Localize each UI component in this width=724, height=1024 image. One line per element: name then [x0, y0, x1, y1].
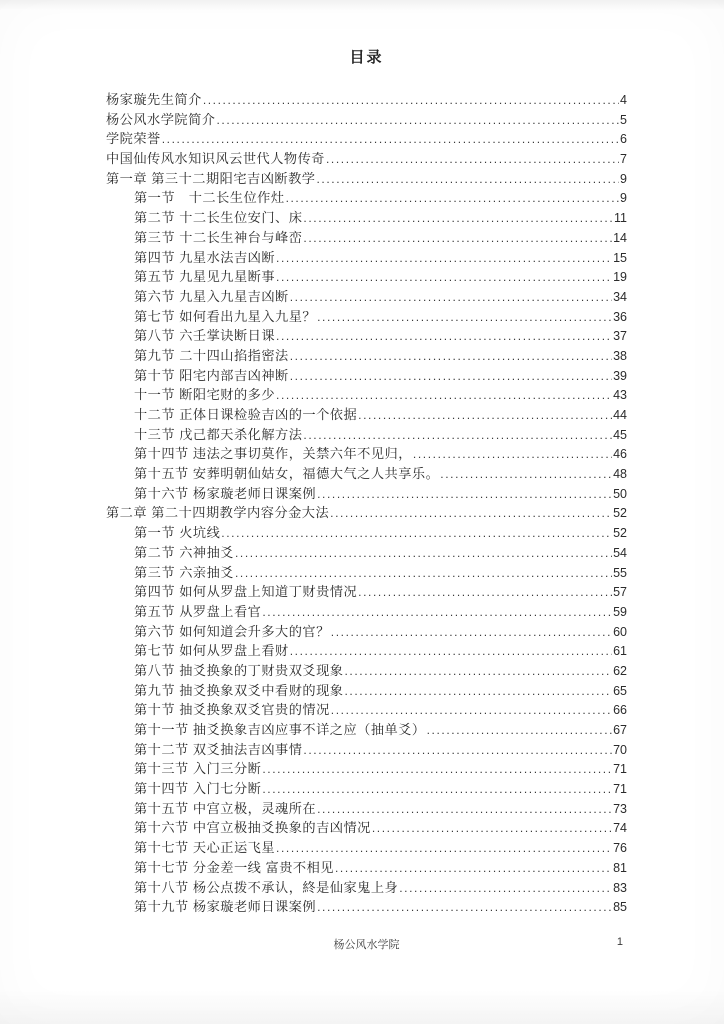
- toc-entry-page: 44: [613, 406, 627, 426]
- toc-entry: 学院荣誉6: [106, 129, 627, 149]
- toc-entry-page: 74: [613, 819, 627, 839]
- toc-entry-label: 第十四节 违法之事切莫作，关禁六年不见归，: [134, 444, 412, 464]
- toc-entry-page: 59: [613, 603, 627, 623]
- toc-entry: 第十五节 安葬明朝仙姑女，福德大气之人共享乐。48: [106, 464, 627, 484]
- toc-entry-page: 83: [613, 879, 627, 899]
- toc-entry: 第十六节 中宫立极抽爻换象的吉凶情况74: [106, 818, 627, 838]
- toc-entry-page: 67: [613, 721, 627, 741]
- toc-entry-label: 中国仙传风水知识风云世代人物传奇: [106, 149, 325, 169]
- dot-leader: [326, 149, 619, 170]
- dot-leader: [372, 818, 612, 839]
- toc-entry-page: 7: [620, 150, 627, 170]
- dot-leader: [290, 346, 612, 367]
- toc-entry-label: 学院荣誉: [106, 129, 161, 149]
- dot-leader: [235, 543, 612, 564]
- dot-leader: [317, 307, 612, 328]
- toc-entry-page: 45: [613, 426, 627, 446]
- toc-entry: 第八节 抽爻换象的丁财贵双爻现象62: [106, 661, 627, 681]
- toc-entry-page: 66: [613, 701, 627, 721]
- toc-entry: 第十六节 杨家璇老师日课案例50: [106, 484, 627, 504]
- toc-entry: 第九节 抽爻换象双爻中看财的现象65: [106, 681, 627, 701]
- toc-entry: 第六节 如何知道会升多大的官？60: [106, 622, 627, 642]
- toc-entry: 第十一节 抽爻换象吉凶应事不详之应（抽单爻）67: [106, 720, 627, 740]
- toc-entry-page: 85: [613, 898, 627, 918]
- dot-leader: [358, 405, 612, 426]
- dot-leader: [344, 681, 612, 702]
- dot-leader: [316, 169, 619, 190]
- toc-entry-page: 15: [613, 249, 627, 269]
- toc-entry: 第十八节 杨公点拨不承认，終是仙家鬼上身83: [106, 878, 627, 898]
- toc-entry-page: 36: [613, 308, 627, 328]
- dot-leader: [262, 602, 612, 623]
- dot-leader: [276, 385, 612, 406]
- toc-entry: 第五节 九星见九星断事19: [106, 267, 627, 287]
- toc-entry: 第二章 第二十四期教学内容分金大法52: [106, 503, 627, 523]
- toc-entry-label: 第四节 如何从罗盘上知道丁财贵情况: [134, 582, 357, 602]
- dot-leader: [276, 248, 612, 269]
- toc-entry-page: 14: [613, 229, 627, 249]
- dot-leader: [331, 622, 612, 643]
- toc-entry-label: 第一节 十二长生位作灶: [134, 188, 285, 208]
- toc-entry-label: 第二章 第二十四期教学内容分金大法: [106, 503, 329, 523]
- toc-entry: 第十九节 杨家璇老师日课案例85: [106, 897, 627, 917]
- dot-leader: [317, 799, 612, 820]
- toc-entry-page: 39: [613, 367, 627, 387]
- toc-entry-page: 48: [613, 465, 627, 485]
- toc-entry: 十二节 正体日课检验吉凶的一个依据44: [106, 405, 627, 425]
- toc-entry-label: 第十四节 入门七分断: [134, 779, 261, 799]
- dot-leader: [413, 444, 612, 465]
- toc-entry-label: 第五节 从罗盘上看官: [134, 602, 261, 622]
- toc-entry: 第三节 六亲抽爻55: [106, 563, 627, 583]
- dot-leader: [262, 779, 612, 800]
- dot-leader: [303, 740, 612, 761]
- toc-entry-page: 5: [620, 111, 627, 131]
- toc-entry: 第二节 六神抽爻54: [106, 543, 627, 563]
- toc-entry-page: 46: [613, 445, 627, 465]
- toc-entry-label: 第二节 六神抽爻: [134, 543, 234, 563]
- toc-entry: 十一节 断阳宅财的多少43: [106, 385, 627, 405]
- toc-entry-label: 十三节 戊己都天杀化解方法: [134, 425, 302, 445]
- toc-entry-page: 55: [613, 564, 627, 584]
- toc-entry: 第二节 十二长生位安门、床11: [106, 208, 627, 228]
- dot-leader: [290, 287, 612, 308]
- toc-entry-label: 第十八节 杨公点拨不承认，終是仙家鬼上身: [134, 878, 398, 898]
- toc-entry-label: 第十五节 中宫立极，灵魂所在: [134, 799, 316, 819]
- toc-entry-label: 第十节 抽爻换象双爻官贵的情况: [134, 700, 330, 720]
- dot-leader: [217, 110, 620, 131]
- toc-entry: 杨家璇先生简介4: [106, 90, 627, 110]
- toc-entry-label: 第八节 抽爻换象的丁财贵双爻现象: [134, 661, 343, 681]
- toc-entry-label: 第六节 九星入九星吉凶断: [134, 287, 289, 307]
- dot-leader: [303, 425, 612, 446]
- toc-entry-page: 43: [613, 386, 627, 406]
- dot-leader: [235, 563, 612, 584]
- dot-leader: [317, 484, 612, 505]
- footer-page-number: 1: [617, 936, 623, 948]
- toc-entry-label: 第三节 十二长生神台与峰峦: [134, 228, 302, 248]
- toc-entry-label: 第九节 二十四山掐指密法: [134, 346, 289, 366]
- toc-entry-label: 第一节 火坑线: [134, 523, 220, 543]
- dot-leader: [276, 326, 612, 347]
- toc-entry: 第六节 九星入九星吉凶断34: [106, 287, 627, 307]
- toc-entry-page: 11: [614, 209, 627, 229]
- toc-entry-page: 50: [613, 485, 627, 505]
- dot-leader: [276, 267, 612, 288]
- toc-entry: 十三节 戊己都天杀化解方法45: [106, 425, 627, 445]
- toc-entry-page: 57: [613, 583, 627, 603]
- dot-leader: [335, 858, 612, 879]
- toc-entry-label: 第九节 抽爻换象双爻中看财的现象: [134, 681, 343, 701]
- toc-entry-page: 38: [613, 347, 627, 367]
- toc-entry-page: 4: [620, 91, 627, 111]
- toc-entry-page: 52: [613, 524, 627, 544]
- toc-entry-label: 第十三节 入门三分断: [134, 759, 261, 779]
- toc-entry-page: 37: [613, 327, 627, 347]
- toc-entry-label: 第七节 如何看出九星入九星？: [134, 307, 316, 327]
- toc-entry: 第四节 九星水法吉凶断15: [106, 248, 627, 268]
- toc-entry: 第一节 火坑线52: [106, 523, 627, 543]
- toc-entry: 第七节 如何看出九星入九星？36: [106, 307, 627, 327]
- toc-entry-label: 第十二节 双爻抽法吉凶事情: [134, 740, 302, 760]
- toc-entry-label: 第十九节 杨家璇老师日课案例: [134, 897, 316, 917]
- toc-entry: 第一章 第三十二期阳宅吉凶断教学9: [106, 169, 627, 189]
- toc-entry-page: 81: [613, 859, 627, 879]
- toc-entry-label: 第三节 六亲抽爻: [134, 563, 234, 583]
- dot-leader: [358, 582, 612, 603]
- dot-leader: [276, 838, 612, 859]
- dot-leader: [221, 523, 612, 544]
- toc-entry: 第八节 六壬掌诀断日课37: [106, 326, 627, 346]
- toc-entry-label: 第五节 九星见九星断事: [134, 267, 275, 287]
- toc-entry-label: 十二节 正体日课检验吉凶的一个依据: [134, 405, 357, 425]
- toc-entry: 中国仙传风水知识风云世代人物传奇7: [106, 149, 627, 169]
- toc-entry: 第四节 如何从罗盘上知道丁财贵情况57: [106, 582, 627, 602]
- toc-entry-page: 9: [620, 170, 627, 190]
- toc-entry-page: 70: [613, 741, 627, 761]
- toc-entry-label: 第二节 十二长生位安门、床: [134, 208, 302, 228]
- dot-leader: [286, 188, 619, 209]
- toc-entry: 第三节 十二长生神台与峰峦14: [106, 228, 627, 248]
- toc-entry: 第十节 抽爻换象双爻官贵的情况66: [106, 700, 627, 720]
- dot-leader: [440, 464, 612, 485]
- dot-leader: [330, 503, 612, 524]
- toc-entry: 第十二节 双爻抽法吉凶事情70: [106, 740, 627, 760]
- toc-entry-label: 杨家璇先生简介: [106, 90, 202, 110]
- dot-leader: [427, 720, 612, 741]
- dot-leader: [290, 366, 612, 387]
- toc-entry: 第十五节 中宫立极，灵魂所在73: [106, 799, 627, 819]
- toc-entry-page: 62: [613, 662, 627, 682]
- toc-entry-label: 第十一节 抽爻换象吉凶应事不详之应（抽单爻）: [134, 720, 426, 740]
- toc-entry-page: 76: [613, 839, 627, 859]
- toc-entry: 第七节 如何从罗盘上看财61: [106, 641, 627, 661]
- toc-entry: 杨公风水学院简介5: [106, 110, 627, 130]
- dot-leader: [290, 641, 612, 662]
- toc-entry: 第五节 从罗盘上看官59: [106, 602, 627, 622]
- toc-entry: 第一节 十二长生位作灶9: [106, 188, 627, 208]
- toc-entry-label: 第四节 九星水法吉凶断: [134, 248, 275, 268]
- toc-entry-label: 十一节 断阳宅财的多少: [134, 385, 275, 405]
- dot-leader: [262, 759, 612, 780]
- dot-leader: [331, 700, 612, 721]
- toc-entry-label: 第十七节 分金差一线 富贵不相见: [134, 858, 334, 878]
- toc-entry-page: 52: [613, 504, 627, 524]
- toc-entry: 第十四节 入门七分断71: [106, 779, 627, 799]
- toc-entry-label: 第十六节 杨家璇老师日课案例: [134, 484, 316, 504]
- dot-leader: [399, 878, 612, 899]
- toc-entry-label: 第一章 第三十二期阳宅吉凶断教学: [106, 169, 315, 189]
- toc-entry-label: 第十节 阳宅内部吉凶神断: [134, 366, 289, 386]
- dot-leader: [344, 661, 612, 682]
- toc-entry-page: 19: [613, 268, 627, 288]
- toc-entry-page: 73: [613, 800, 627, 820]
- toc-entry-page: 60: [613, 623, 627, 643]
- dot-leader: [303, 208, 613, 229]
- toc-entry-page: 65: [613, 682, 627, 702]
- toc-entry: 第十七节 天心正运飞星76: [106, 838, 627, 858]
- toc-entry-label: 第十七节 天心正运飞星: [134, 838, 275, 858]
- toc-entry-page: 9: [620, 189, 627, 209]
- toc-entry-label: 第六节 如何知道会升多大的官？: [134, 622, 330, 642]
- toc-entry: 第十四节 违法之事切莫作，关禁六年不见归，46: [106, 444, 627, 464]
- toc-entry-page: 54: [613, 544, 627, 564]
- toc-entry-label: 第十六节 中宫立极抽爻换象的吉凶情况: [134, 818, 371, 838]
- dot-leader: [162, 129, 619, 150]
- toc-entry-page: 34: [613, 288, 627, 308]
- toc-entry-label: 第十五节 安葬明朝仙姑女，福德大气之人共享乐。: [134, 464, 439, 484]
- toc-entry-label: 杨公风水学院简介: [106, 110, 216, 130]
- toc-entry: 第十节 阳宅内部吉凶神断39: [106, 366, 627, 386]
- dot-leader: [317, 897, 612, 918]
- toc-entry-page: 71: [613, 760, 627, 780]
- dot-leader: [303, 228, 612, 249]
- toc-list: 杨家璇先生简介4杨公风水学院简介5学院荣誉6中国仙传风水知识风云世代人物传奇7第…: [106, 90, 627, 917]
- dot-leader: [203, 90, 619, 111]
- toc-entry-label: 第七节 如何从罗盘上看财: [134, 641, 289, 661]
- toc-entry: 第九节 二十四山掐指密法38: [106, 346, 627, 366]
- footer-institution: 杨公风水学院: [106, 936, 627, 952]
- toc-entry: 第十七节 分金差一线 富贵不相见81: [106, 858, 627, 878]
- toc-entry-page: 61: [613, 642, 627, 662]
- toc-entry-page: 71: [613, 780, 627, 800]
- toc-entry-label: 第八节 六壬掌诀断日课: [134, 326, 275, 346]
- scanned-toc-page: 目录 杨家璇先生简介4杨公风水学院简介5学院荣誉6中国仙传风水知识风云世代人物传…: [0, 0, 724, 1024]
- page-title: 目录: [106, 46, 627, 67]
- toc-entry-page: 6: [620, 130, 627, 150]
- toc-entry: 第十三节 入门三分断71: [106, 759, 627, 779]
